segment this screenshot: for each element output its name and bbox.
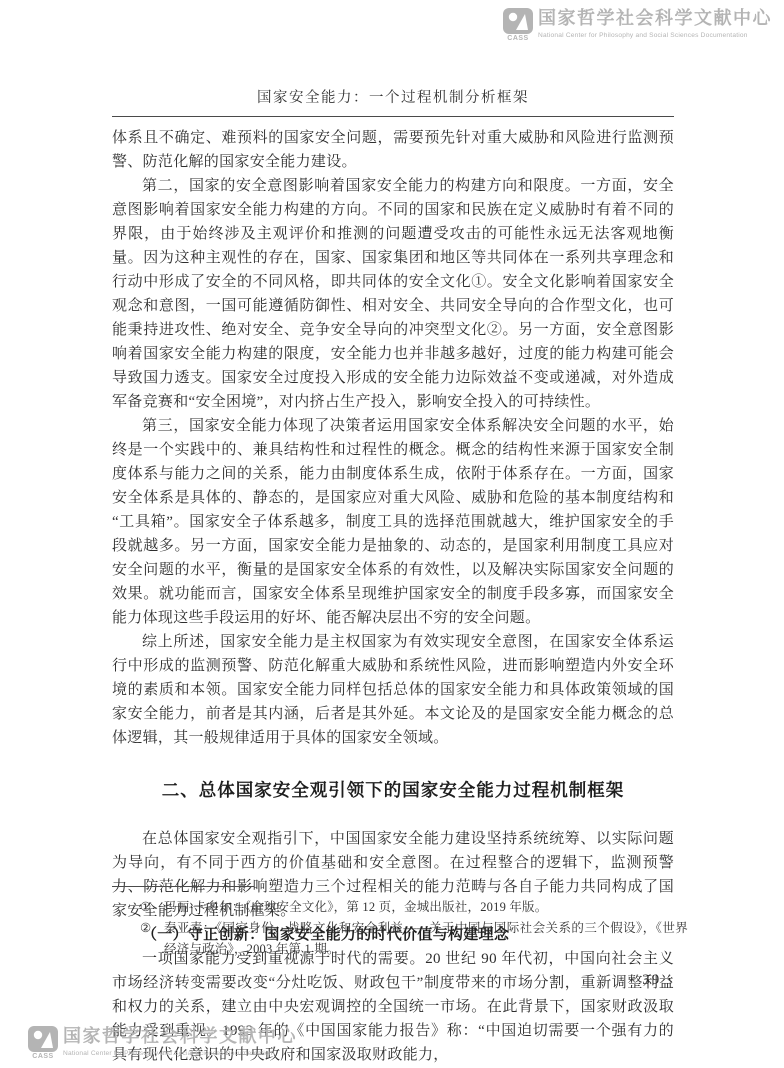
paragraph-third-point: 第三，国家安全能力体现了决策者运用国家安全体系解决安全问题的水平，始终是一个实践… [112, 414, 674, 630]
footnote-area: ① 玛丽·卡多尔：《全球安全文化》，第 12 页，金城出版社，2019 年版。 … [112, 886, 688, 989]
footnote-1-marker: ① [140, 897, 164, 918]
logo-name-cn: 国家哲学社会科学文献中心 [63, 1026, 297, 1048]
section-heading: 二、总体国家安全观引领下的国家安全能力过程机制框架 [112, 777, 674, 802]
page-number: · 39 · [112, 972, 688, 989]
footer-cass-logo: CASS 国家哲学社会科学文献中心 National Center for Ph… [28, 1026, 297, 1060]
cass-acronym: CASS [507, 35, 528, 42]
running-head-title: 国家安全能力：一个过程机制分析框架 [112, 86, 674, 117]
cass-acronym: CASS [32, 1053, 53, 1060]
footnote-2: ② 秦亚青：《国家身份、战略文化和安全利益——关于中国与国际社会关系的三个假设》… [112, 918, 688, 960]
logo-name-en: National Center for Philosophy and Socia… [538, 32, 772, 39]
footnote-2-marker: ② [140, 918, 164, 960]
paragraph-second-point: 第二，国家的安全意图影响着国家安全能力的构建方向和限度。一方面，安全意图影响着国… [112, 174, 674, 414]
footnote-separator [112, 886, 254, 887]
cass-logo-mark: CASS [503, 8, 533, 42]
cass-logo-mark: CASS [28, 1026, 58, 1060]
header-cass-logo: CASS 国家哲学社会科学文献中心 National Center for Ph… [503, 8, 772, 42]
cass-logo-icon [28, 1026, 58, 1052]
logo-name-cn: 国家哲学社会科学文献中心 [538, 8, 772, 30]
cass-logo-icon [503, 8, 533, 34]
paragraph-continuation: 体系且不确定、难预料的国家安全问题，需要预先针对重大威胁和风险进行监测预警、防范… [112, 126, 674, 174]
paragraph-summary: 综上所述，国家安全能力是主权国家为有效实现安全意图，在国家安全体系运行中形成的监… [112, 630, 674, 750]
journal-page: { "logo": { "cass": "CASS", "name_cn": "… [0, 0, 784, 1068]
footnote-1: ① 玛丽·卡多尔：《全球安全文化》，第 12 页，金城出版社，2019 年版。 [112, 897, 688, 918]
footnote-2-text: 秦亚青：《国家身份、战略文化和安全利益——关于中国与国际社会关系的三个假设》，《… [164, 918, 688, 960]
footnote-1-text: 玛丽·卡多尔：《全球安全文化》，第 12 页，金城出版社，2019 年版。 [164, 897, 688, 918]
logo-name-en: National Center for Philosophy and Socia… [63, 1050, 297, 1057]
